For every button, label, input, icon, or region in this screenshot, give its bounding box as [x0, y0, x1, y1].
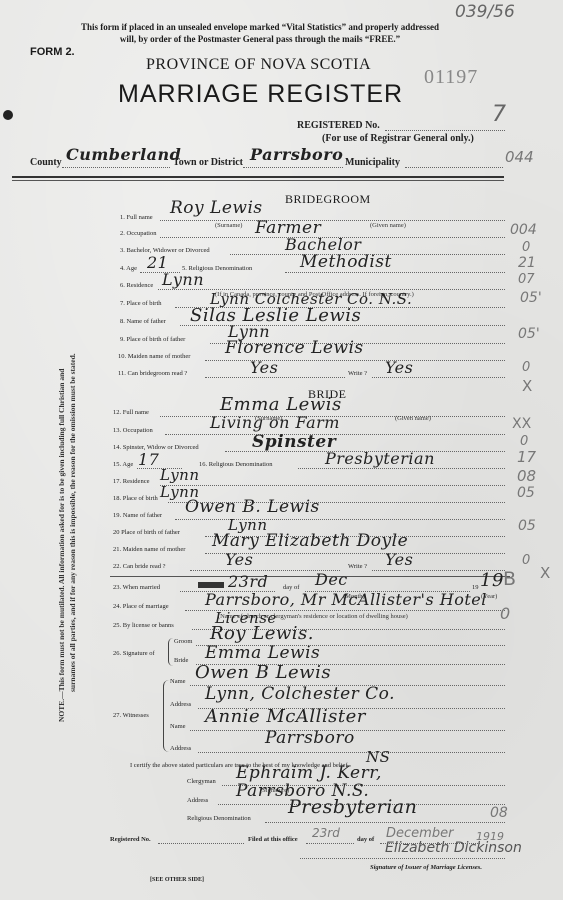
- filed-day: 23rd: [312, 826, 340, 840]
- witness-1-address: Lynn, Colchester Co.: [205, 684, 395, 704]
- bride-religion: Presbyterian: [325, 449, 435, 468]
- bride-can-read: Yes: [225, 550, 253, 569]
- bride-religion-label: 16. Religious Denomination: [199, 461, 272, 468]
- clergyman-religion-label: Religious Denomination: [187, 815, 251, 822]
- filing-registered-label: Registered No.: [110, 836, 151, 843]
- groom-full-name: Roy Lewis: [170, 198, 263, 218]
- marriage-day: 23rd: [228, 572, 268, 591]
- page-title: MARRIAGE REGISTER: [118, 80, 403, 109]
- groom-age-code: 21: [518, 255, 536, 271]
- municipality-code: 044: [505, 148, 534, 166]
- stamp-number: 01197: [424, 66, 478, 89]
- groom-father: Silas Leslie Lewis: [190, 305, 361, 326]
- registered-number: 7: [492, 102, 506, 127]
- bride-occupation-code: XX: [512, 416, 531, 432]
- clergyman-label: Clergyman: [187, 778, 216, 785]
- signature-label: 26. Signature of: [113, 650, 155, 657]
- registered-label: REGISTERED No.: [297, 120, 380, 131]
- marriage-year: 19: [480, 570, 504, 591]
- groom-residence: Lynn: [162, 270, 204, 289]
- groom-religion: Methodist: [300, 252, 392, 272]
- county-value: Cumberland: [66, 145, 181, 164]
- witness-2-address: Parrsboro: [265, 728, 355, 748]
- bride-signature: Emma Lewis: [205, 643, 320, 663]
- side-note-line-2: surnames of all parties, and if for any …: [67, 353, 78, 722]
- postal-note-line-1: This form if placed in an unsealed envel…: [60, 21, 460, 33]
- clergyman-signature: Ephraim J. Kerr,: [236, 763, 382, 783]
- groom-read-label: 11. Can bridegroom read ?: [118, 370, 187, 377]
- groom-father-label: 8. Name of father: [120, 318, 166, 325]
- issuer-signature: Elizabeth Dickinson: [385, 840, 522, 856]
- town-value: Parrsboro: [250, 145, 343, 164]
- witness-1-name: Owen B Lewis: [195, 662, 331, 683]
- groom-father-birthplace-label: 9. Place of birth of father: [120, 336, 185, 343]
- see-other-side: [SEE OTHER SIDE]: [150, 877, 204, 883]
- filed-month: December: [386, 826, 453, 841]
- bride-father-birthplace-code: 05: [518, 518, 536, 534]
- filed-day-of-label: day of: [357, 836, 374, 843]
- groom-signature: Roy Lewis.: [210, 623, 314, 644]
- groom-signature-label: Groom: [174, 638, 192, 645]
- side-note: NOTE.—This form must not be mutilated. A…: [56, 353, 78, 722]
- groom-read-code: 0: [522, 360, 530, 375]
- groom-residence-code: 07: [518, 272, 535, 287]
- province-heading: PROVINCE OF NOVA SCOTIA: [146, 56, 371, 74]
- groom-residence-label: 6. Residence: [120, 282, 153, 289]
- groom-occupation-label: 2. Occupation: [120, 230, 156, 237]
- bride-mother-label: 21. Maiden name of mother: [113, 546, 185, 553]
- side-note-line-1: NOTE.—This form must not be mutilated. A…: [56, 353, 67, 722]
- town-label: Town or District: [173, 157, 243, 168]
- bride-father-label: 19. Name of father: [113, 512, 162, 519]
- groom-occupation-code: 004: [510, 222, 537, 238]
- archive-number: 039/56: [455, 2, 515, 22]
- bride-occupation-label: 13. Occupation: [113, 427, 153, 434]
- bride-full-name-label: 12. Full name: [113, 409, 149, 416]
- witness-2-name-label: Name: [170, 723, 186, 730]
- bride-father: Owen B. Lewis: [185, 497, 320, 517]
- bride-section-mark: X: [540, 564, 550, 582]
- groom-marital-code: 0: [522, 240, 530, 255]
- registrar-note: (For use of Registrar General only.): [322, 133, 474, 144]
- bride-given-name-hint: (Given name): [395, 415, 431, 422]
- bride-marital: Spinster: [252, 432, 336, 452]
- postal-note: This form if placed in an unsealed envel…: [60, 21, 460, 45]
- bride-read-label: 22. Can bride read ?: [113, 563, 166, 570]
- given-name-hint: (Given name): [370, 222, 406, 229]
- bride-age-label: 15. Age: [113, 461, 133, 468]
- groom-birthplace-label: 7. Place of birth: [120, 300, 162, 307]
- bride-age: 17: [138, 450, 159, 469]
- bride-mother: Mary Elizabeth Doyle: [212, 531, 408, 551]
- bride-residence: Lynn: [160, 466, 200, 484]
- groom-father-birthplace-code: 05': [518, 326, 540, 342]
- license-label: 25. By license or banns: [113, 622, 174, 629]
- form-label: FORM 2.: [30, 46, 75, 58]
- groom-birthplace-code: 05': [520, 290, 542, 306]
- marriage-year-code: B: [503, 568, 516, 590]
- groom-full-name-label: 1. Full name: [120, 214, 153, 221]
- issuer-label: Signature of Issuer of Marriage Licenses…: [370, 864, 482, 871]
- bridegroom-heading: BRIDEGROOM: [285, 192, 371, 207]
- bride-birthplace-label: 18. Place of birth: [113, 495, 158, 502]
- municipality-label: Municipality: [345, 157, 400, 168]
- groom-can-read: Yes: [250, 358, 278, 377]
- marriage-register-document: 039/56 This form if placed in an unseale…: [0, 0, 563, 900]
- bride-full-name: Emma Lewis: [220, 394, 342, 415]
- groom-mother: Florence Lewis: [225, 338, 364, 358]
- bride-birthplace-code: 05: [517, 485, 535, 501]
- witness-2-address-label: Address: [170, 745, 191, 752]
- bride-age-code: 17: [517, 448, 536, 466]
- groom-can-write: Yes: [385, 358, 413, 377]
- groom-mother-label: 10. Maiden name of mother: [118, 353, 190, 360]
- bride-occupation: Living on Farm: [210, 413, 340, 432]
- when-married-label: 23. When married: [113, 584, 160, 591]
- bride-residence-code: 08: [517, 467, 536, 485]
- witness-1-name-label: Name: [170, 678, 186, 685]
- bride-residence-label: 17. Residence: [113, 478, 149, 485]
- witnesses-label: 27. Witnesses: [113, 712, 149, 719]
- marriage-month: Dec: [315, 570, 348, 589]
- bride-father-birthplace-label: 20 Place of birth of father: [113, 529, 180, 536]
- clergyman-religion-code: 08: [490, 805, 508, 821]
- filed-label: Filed at this office: [248, 836, 298, 843]
- groom-section-mark: X: [522, 377, 532, 395]
- surname-hint: (Surname): [215, 222, 242, 229]
- bride-signature-label: Bride: [174, 657, 188, 664]
- groom-age-label: 4. Age: [120, 265, 137, 272]
- struck-out-text: [198, 582, 224, 588]
- witness-2-name: Annie McAllister: [205, 706, 366, 727]
- county-label: County: [30, 157, 62, 168]
- bride-read-code: 0: [522, 553, 530, 568]
- groom-write-label: Write ?: [348, 370, 367, 377]
- witness-1-address-label: Address: [170, 701, 191, 708]
- postal-note-line-2: will, by order of the Postmaster General…: [60, 33, 460, 45]
- clergyman-religion: Presbyterian: [288, 796, 417, 818]
- place-of-marriage: Parrsboro, Mr McAllister's Hotel: [205, 590, 487, 609]
- bride-can-write: Yes: [385, 550, 413, 569]
- bride-marital-code: 0: [520, 434, 528, 449]
- punch-hole-icon: [3, 110, 13, 120]
- clergyman-address-label: Address: [187, 797, 208, 804]
- place-code: 0: [500, 604, 510, 623]
- bride-write-label: Write ?: [348, 563, 367, 570]
- place-of-marriage-label: 24. Place of marriage: [113, 603, 169, 610]
